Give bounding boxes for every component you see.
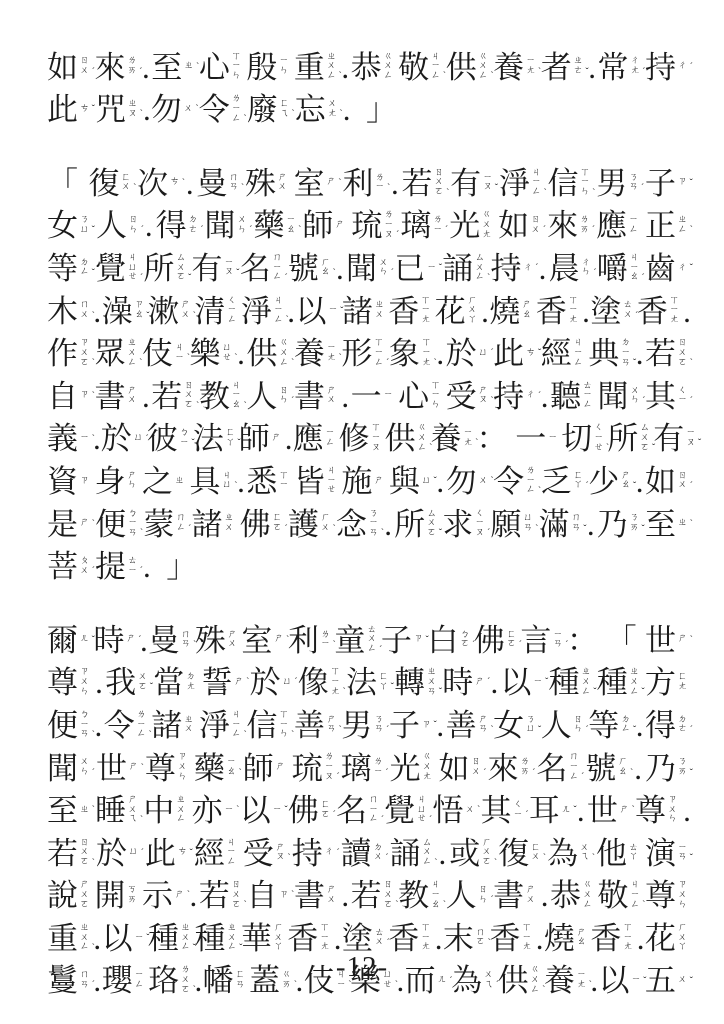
- punctuation: .: [336, 253, 344, 284]
- zhuyin-tone-mark: ˋ: [339, 72, 342, 82]
- hanzi-character: 說: [47, 880, 78, 911]
- char-unit: 心ㄒㄧㄣ: [199, 52, 245, 83]
- zhuyin-annotation: ㄕˋ: [79, 519, 93, 529]
- text-line: 若ㄖㄨㄛˋ於ㄩˊ此ㄘˇ經ㄐㄧㄥ受ㄕㄡˋ持ㄔˊ讀ㄉㄨˊ誦ㄙㄨㄥˋ.或ㄏㄨㄛˋ復ㄈㄨ…: [47, 826, 691, 869]
- zhuyin-tone-mark: ˇ: [690, 179, 693, 189]
- zhuyin-tone-mark: ˇ: [439, 529, 442, 539]
- punctuation: .: [490, 667, 498, 698]
- char-unit: 佛ㄈㄛˊ: [474, 625, 520, 656]
- hanzi-character: 齒: [645, 253, 676, 284]
- zhuyin-tone-mark: ˊ: [385, 854, 388, 864]
- text-line: 木ㄇㄨˋ.澡ㄗㄠˇ漱ㄕㄨˋ清ㄑㄧㄥ淨ㄐㄧㄥˋ.以ㄧˇ諸ㄓㄨ香ㄒㄧㄤ花ㄏㄨㄚ.燒ㄕ…: [47, 284, 691, 327]
- char-unit: 切ㄑㄧㄝˋ: [561, 423, 607, 454]
- zhuyin-annotation: ㄏㄠˋ: [320, 259, 334, 278]
- hanzi-character: 蒙: [143, 509, 174, 540]
- hanzi-character: 若: [47, 838, 78, 869]
- char-unit: 象ㄒㄧㄤˋ: [389, 338, 435, 369]
- hanzi-character: 以: [500, 667, 531, 698]
- char-unit: 璃ㄌㄧˊ: [341, 753, 387, 784]
- zhuyin-annotation: ㄅㄧㄢˋ: [127, 510, 141, 539]
- zhuyin-annotation: ㄖㄨㄛˋ: [183, 382, 197, 411]
- hanzi-character: 法: [346, 667, 377, 698]
- char-unit: 與ㄩˇ: [389, 466, 435, 497]
- char-unit: 者ㄓㄜˇ: [541, 52, 587, 83]
- hanzi-character: 如: [47, 52, 78, 83]
- hanzi-character: 香: [388, 923, 419, 954]
- hanzi-character: 木: [47, 296, 78, 327]
- zhuyin-annotation: ㄩˊ: [128, 848, 142, 858]
- char-unit: 彼ㄅㄧˇ: [147, 423, 193, 454]
- char-unit: 號ㄏㄠˋ: [585, 753, 631, 784]
- char-unit: 眾ㄓㄨㄥˋ: [95, 338, 141, 369]
- hanzi-character: 來: [487, 753, 518, 784]
- zhuyin-tone-mark: ˊ: [138, 636, 141, 646]
- zhuyin-tone-mark: ˋ: [291, 359, 294, 369]
- char-unit: 諸ㄓㄨ: [192, 509, 238, 540]
- hanzi-character: 資: [47, 466, 78, 497]
- zhuyin-annotation: ㄇㄧㄥˊ: [368, 796, 382, 825]
- char-unit: 持ㄔˊ: [490, 253, 536, 284]
- hanzi-character: 滿: [539, 509, 570, 540]
- hanzi-character: 諸: [151, 710, 182, 741]
- zhuyin-annotation: ㄉㄤ: [185, 673, 199, 692]
- zhuyin-tone-mark: ˊ: [690, 726, 693, 736]
- hanzi-character: 若: [351, 880, 382, 911]
- hanzi-character: 少: [588, 466, 619, 497]
- char-unit: 勿ㄨˋ: [151, 94, 197, 125]
- zhuyin-tone-mark: ˇ: [92, 636, 95, 646]
- footer: -12-: [0, 951, 724, 984]
- hanzi-character: 示: [142, 880, 173, 911]
- char-unit: 令ㄌㄧㄥˋ: [199, 94, 245, 125]
- char-unit: 名ㄇㄧㄥˊ: [240, 253, 286, 284]
- char-unit: 供ㄍㄨㄥˋ: [246, 338, 292, 369]
- hanzi-character: 琉: [351, 210, 382, 241]
- zhuyin-annotation: ㄐㄧㄥ: [573, 339, 587, 368]
- hanzi-character: 淨: [241, 296, 272, 327]
- zhuyin-tone-mark: ˊ: [333, 811, 336, 821]
- char-unit: 來ㄌㄞˊ: [547, 210, 593, 241]
- text-line: 爾ㄦˇ時ㄕˊ.曼ㄇㄢˋ殊ㄕㄨ室ㄕˋ利ㄌㄧˋ童ㄊㄨㄥˊ子ㄗˇ白ㄅㄛˊ佛ㄈㄛˊ言ㄧㄢ…: [47, 613, 691, 656]
- char-unit: 一ㄧ: [351, 381, 397, 412]
- zhuyin-annotation: ㄉㄥˇ: [620, 716, 634, 735]
- hanzi-character: 應: [293, 423, 324, 454]
- zhuyin-tone-mark: ˊ: [145, 435, 148, 445]
- punctuation: .: [95, 667, 103, 698]
- char-unit: 所ㄙㄨㄛˇ: [394, 509, 440, 540]
- char-unit: 修ㄒㄧㄡ: [339, 423, 385, 454]
- zhuyin-annotation: ㄓ: [174, 477, 188, 487]
- hanzi-character: 室: [294, 168, 325, 199]
- hanzi-character: 悉: [246, 466, 277, 497]
- char-unit: 尊ㄗㄨㄣ: [47, 667, 93, 698]
- hanzi-character: 殊: [245, 168, 276, 199]
- zhuyin-tone-mark: ˊ: [472, 641, 475, 651]
- hanzi-character: 心: [398, 381, 429, 412]
- hanzi-character: 其: [481, 795, 512, 826]
- char-unit: 以ㄧˇ: [102, 923, 148, 954]
- zhuyin-tone-mark: ˇ: [439, 688, 442, 698]
- char-unit: 菩ㄆㄨˊ: [47, 551, 93, 582]
- zhuyin-annotation: ㄐㄧㄠˊ: [629, 254, 643, 283]
- hanzi-character: 所: [143, 253, 174, 284]
- hanzi-character: 聽: [550, 381, 581, 412]
- hanzi-character: 光: [449, 210, 480, 241]
- zhuyin-annotation: ㄕˊ: [474, 678, 488, 688]
- zhuyin-annotation: ㄑㄧˊ: [677, 387, 691, 406]
- zhuyin-annotation: ㄉㄜˊ: [677, 716, 691, 735]
- char-unit: 皆ㄐㄧㄝ: [294, 466, 340, 497]
- zhuyin-annotation: ㄍㄨㄥ: [383, 53, 397, 82]
- zhuyin-annotation: ㄓㄨㄥˋ: [127, 339, 141, 368]
- punctuation: .: [142, 381, 150, 412]
- zhuyin-annotation: ㄕˋ: [128, 763, 142, 773]
- char-unit: 尊ㄗㄨㄣ: [645, 880, 691, 911]
- char-unit: 教ㄐㄧㄠˋ: [398, 880, 444, 911]
- zhuyin-tone-mark: ˋ: [195, 105, 198, 115]
- zhuyin-tone-mark: ˇ: [92, 269, 95, 279]
- hanzi-character: 彼: [147, 423, 178, 454]
- zhuyin-tone-mark: ˋ: [243, 115, 246, 125]
- text-line: 資ㄗ身ㄕㄣ之ㄓ具ㄐㄩˋ.悉ㄒㄧ皆ㄐㄧㄝ施ㄕ與ㄩˇ.勿ㄨˋ令ㄌㄧㄥˋ乏ㄈㄚˊ少ㄕㄠ…: [47, 454, 691, 497]
- hanzi-character: 來: [95, 52, 126, 83]
- zhuyin-annotation: ㄓㄥˋ: [677, 216, 691, 235]
- hanzi-character: 塗: [590, 296, 621, 327]
- text-line: 尊ㄗㄨㄣ.我ㄨㄛˇ當ㄉㄤ誓ㄕˋ於ㄩˊ像ㄒㄧㄤˋ法ㄈㄚˇ轉ㄓㄨㄢˇ時ㄕˊ.以ㄧˇ種…: [47, 656, 691, 699]
- char-unit: 女ㄋㄩˇ: [493, 710, 539, 741]
- page-number: -12-: [336, 951, 388, 983]
- zhuyin-tone-mark: ˋ: [490, 726, 493, 736]
- hanzi-character: 護: [288, 509, 319, 540]
- zhuyin-annotation: ㄇㄢˇ: [571, 514, 585, 533]
- zhuyin-annotation: ㄩˊ: [282, 678, 296, 688]
- hanzi-character: 便: [47, 710, 78, 741]
- char-unit: 等ㄉㄥˇ: [47, 253, 93, 284]
- char-unit: 若ㄖㄨㄛˋ: [199, 880, 245, 911]
- char-unit: 聞ㄨㄣˊ: [346, 253, 392, 284]
- zhuyin-tone-mark: ˇ: [439, 264, 442, 274]
- char-unit: 所ㄙㄨㄛˇ: [607, 423, 653, 454]
- zhuyin-annotation: ㄐㄧㄥˋ: [531, 169, 545, 198]
- hanzi-character: 一: [515, 423, 546, 454]
- hanzi-character: 應: [596, 210, 627, 241]
- zhuyin-tone-mark: ˇ: [545, 678, 548, 688]
- zhuyin-tone-mark: ˋ: [291, 891, 294, 901]
- zhuyin-tone-mark: ˊ: [336, 773, 339, 783]
- hanzi-character: 清: [194, 296, 225, 327]
- hanzi-character: 若: [645, 338, 676, 369]
- char-unit: 悉ㄒㄧ: [246, 466, 292, 497]
- zhuyin-tone-mark: ˊ: [385, 769, 388, 779]
- hanzi-character: 此: [47, 94, 78, 125]
- char-unit: 義ㄧˋ: [47, 423, 93, 454]
- char-unit: 人ㄖㄣˊ: [96, 210, 142, 241]
- zhuyin-annotation: ㄑㄧˊ: [513, 801, 527, 820]
- hanzi-character: 若: [151, 381, 182, 412]
- zhuyin-annotation: ㄔㄣˊ: [581, 259, 595, 278]
- zhuyin-annotation: ㄌㄧˊ: [432, 216, 446, 235]
- char-unit: 種ㄓㄨㄥˇ: [194, 923, 240, 954]
- zhuyin-tone-mark: ˋ: [140, 529, 143, 539]
- hanzi-character: 香: [388, 296, 419, 327]
- zhuyin-annotation: ㄍㄨㄥ: [582, 881, 596, 910]
- char-unit: 具ㄐㄩˋ: [190, 466, 236, 497]
- zhuyin-tone-mark: ˋ: [333, 269, 336, 279]
- zhuyin-annotation: ㄕㄠ: [521, 301, 535, 320]
- char-unit: 乏ㄈㄚˊ: [541, 466, 587, 497]
- hanzi-character: 璃: [400, 210, 431, 241]
- zhuyin-annotation: ㄧㄠˋ: [226, 758, 240, 777]
- zhuyin-annotation: ㄐㄧㄠˋ: [430, 881, 444, 910]
- hanzi-character: 與: [389, 466, 420, 497]
- hanzi-character: 教: [398, 880, 429, 911]
- punctuation: .: [186, 168, 194, 199]
- hanzi-character: 女: [47, 210, 78, 241]
- zhuyin-tone-mark: ˇ: [284, 806, 287, 816]
- hanzi-character: 受: [243, 838, 274, 869]
- hanzi-character: 尊: [635, 795, 666, 826]
- char-unit: 得ㄉㄜˊ: [156, 210, 202, 241]
- char-unit: 人ㄖㄣˊ: [541, 710, 587, 741]
- zhuyin-annotation: ㄒㄧㄣˋ: [278, 711, 292, 740]
- zhuyin-tone-mark: ˇ: [146, 934, 149, 944]
- char-unit: 室ㄕˋ: [241, 625, 287, 656]
- zhuyin-annotation: ㄩㄢˋ: [522, 514, 536, 533]
- zhuyin-tone-mark: ˊ: [585, 726, 588, 736]
- char-unit: 書ㄕㄨ: [493, 880, 539, 911]
- zhuyin-tone-mark: ˋ: [246, 678, 249, 688]
- zhuyin-annotation: ㄈㄨˋ: [120, 174, 134, 193]
- zhuyin-tone-mark: ˋ: [342, 688, 345, 698]
- char-unit: 持ㄔˊ: [292, 838, 338, 869]
- zhuyin-annotation: ㄧˇ: [532, 678, 546, 688]
- zhuyin-tone-mark: ˋ: [490, 72, 493, 82]
- char-unit: 香ㄒㄧㄤ: [388, 923, 434, 954]
- zhuyin-annotation: ㄧㄣ: [278, 57, 292, 76]
- char-unit: 復ㄈㄨˋ: [88, 168, 134, 199]
- text-line: 女ㄋㄩˇ人ㄖㄣˊ.得ㄉㄜˊ聞ㄨㄣˊ藥ㄧㄠˋ師ㄕ琉ㄌㄧㄡˊ璃ㄌㄧˊ光ㄍㄨㄤ如ㄖㄨˊ…: [47, 199, 691, 242]
- char-unit: 以ㄧˇ: [500, 667, 546, 698]
- hanzi-character: 香: [489, 923, 520, 954]
- char-unit: 所ㄙㄨㄛˇ: [143, 253, 189, 284]
- zhuyin-annotation: ㄗˇ: [413, 635, 427, 645]
- hanzi-character: 華: [241, 923, 272, 954]
- hanzi-character: 佛: [240, 509, 271, 540]
- hanzi-character: 信: [548, 168, 579, 199]
- zhuyin-annotation: ㄌㄧㄥˋ: [136, 711, 150, 740]
- char-unit: 念ㄋㄧㄢˋ: [336, 509, 382, 540]
- zhuyin-annotation: ㄈㄨˋ: [530, 844, 544, 863]
- hanzi-character: 子: [381, 625, 412, 656]
- hanzi-character: 養: [294, 338, 325, 369]
- zhuyin-tone-mark: ˊ: [483, 769, 486, 779]
- zhuyin-tone-mark: ˊ: [490, 349, 493, 359]
- zhuyin-annotation: ㄔㄤˊ: [629, 57, 643, 76]
- zhuyin-tone-mark: ˋ: [443, 72, 446, 82]
- char-unit: 正ㄓㄥˋ: [645, 210, 691, 241]
- hanzi-character: 師: [302, 210, 333, 241]
- char-unit: 璃ㄌㄧˊ: [400, 210, 446, 241]
- zhuyin-annotation: ㄦˇ: [561, 806, 575, 816]
- zhuyin-annotation: ㄈㄛˊ: [272, 514, 286, 533]
- hanzi-character: 師: [243, 753, 274, 784]
- zhuyin-annotation: ㄨㄣˊ: [378, 259, 392, 278]
- char-unit: 蒙ㄇㄥˊ: [143, 509, 189, 540]
- hanzi-character: 廢: [247, 94, 278, 125]
- hanzi-character: 言: [520, 625, 551, 656]
- char-unit: 此ㄘˇ: [47, 94, 93, 125]
- char-unit: 有ㄧㄡˇ: [192, 253, 238, 284]
- zhuyin-tone-mark: ˋ: [187, 354, 190, 364]
- zhuyin-tone-mark: ˊ: [140, 567, 143, 577]
- zhuyin-annotation: ㄩˊ: [478, 349, 492, 359]
- zhuyin-annotation: ㄕㄨ: [277, 174, 291, 193]
- zhuyin-tone-mark: ˋ: [133, 184, 136, 194]
- zhuyin-tone-mark: ˇ: [538, 726, 541, 736]
- zhuyin-tone-mark: ˊ: [294, 678, 297, 688]
- zhuyin-tone-mark: ˇ: [236, 269, 239, 279]
- char-unit: 殊ㄕㄨ: [195, 625, 241, 656]
- hanzi-character: 人: [541, 710, 572, 741]
- zhuyin-annotation: ㄋㄢˊ: [373, 716, 387, 735]
- hanzi-character: 子: [645, 168, 676, 199]
- zhuyin-tone-mark: ˋ: [333, 525, 336, 535]
- zhuyin-tone-mark: ˋ: [298, 226, 301, 236]
- hanzi-character: 藥: [253, 210, 284, 241]
- paragraph: 如ㄖㄨˊ來ㄌㄞˊ.至ㄓˋ心ㄒㄧㄣ殷ㄧㄣ重ㄓㄨㄥˋ.恭ㄍㄨㄥ敬ㄐㄧㄥˋ供ㄍㄨㄥˋ養…: [47, 40, 691, 125]
- hanzi-character: 至: [47, 795, 78, 826]
- punctuation: .: [145, 210, 153, 241]
- zhuyin-tone-mark: ˊ: [525, 811, 528, 821]
- hanzi-character: 覺: [95, 253, 126, 284]
- zhuyin-tone-mark: ˊ: [391, 269, 394, 279]
- zhuyin-annotation: ㄖㄣˊ: [278, 387, 292, 406]
- hanzi-character: 世: [645, 625, 676, 656]
- zhuyin-tone-mark: ˇ: [434, 477, 437, 487]
- punctuation: .: [341, 381, 349, 412]
- char-unit: 至ㄓˋ: [151, 52, 197, 83]
- char-unit: 名ㄇㄧㄥˊ: [336, 795, 382, 826]
- char-unit: 童ㄊㄨㄥˊ: [334, 625, 380, 656]
- char-unit: 聽ㄊㄧㄥ: [550, 381, 596, 412]
- hanzi-character: 復: [498, 838, 529, 869]
- zhuyin-annotation: ㄒㄧㄡ: [371, 424, 385, 453]
- hanzi-character: 其: [645, 381, 676, 412]
- char-unit: 香ㄒㄧㄤ: [489, 923, 535, 954]
- zhuyin-annotation: ㄘˇ: [177, 848, 191, 858]
- punctuation: .: [341, 880, 349, 911]
- hanzi-character: 來: [547, 210, 578, 241]
- punctuation: .: [636, 466, 644, 497]
- zhuyin-annotation: ㄕ: [275, 763, 289, 773]
- hanzi-character: 供: [446, 52, 477, 83]
- hanzi-character: 供: [246, 338, 277, 369]
- char-unit: 世ㄕˋ: [96, 753, 142, 784]
- zhuyin-annotation: ㄨㄤˋ: [327, 100, 341, 119]
- zhuyin-annotation: ㄨㄛˇ: [137, 673, 151, 692]
- zhuyin-tone-mark: ˋ: [538, 68, 541, 78]
- text-block: 如ㄖㄨˊ來ㄌㄞˊ.至ㄓˋ心ㄒㄧㄣ殷ㄧㄣ重ㄓㄨㄥˋ.恭ㄍㄨㄥ敬ㄐㄧㄥˋ供ㄍㄨㄥˋ養…: [47, 40, 691, 996]
- zhuyin-tone-mark: ˇ: [146, 312, 149, 322]
- zhuyin-annotation: ㄌㄞˊ: [127, 57, 141, 76]
- zhuyin-annotation: ㄧˇ: [426, 264, 440, 274]
- char-unit: 忘ㄨㄤˋ: [295, 94, 341, 125]
- hanzi-character: 童: [334, 625, 365, 656]
- char-unit: 演ㄧㄢˇ: [645, 838, 691, 869]
- zhuyin-annotation: ㄍㄨㄤ: [481, 211, 495, 240]
- zhuyin-annotation: ㄌㄞˊ: [519, 758, 533, 777]
- hanzi-character: 諸: [192, 509, 223, 540]
- hanzi-character: 供: [385, 423, 416, 454]
- punctuation: . 」: [343, 94, 397, 125]
- hanzi-character: 願: [490, 509, 521, 540]
- zhuyin-tone-mark: ˋ: [543, 854, 546, 864]
- text-line: 聞ㄨㄣˊ世ㄕˋ尊ㄗㄨㄣ藥ㄧㄠˋ師ㄕ琉ㄌㄧㄡˊ璃ㄌㄧˊ光ㄍㄨㄤ如ㄖㄨˊ來ㄌㄞˊ名ㄇ…: [47, 741, 691, 784]
- zhuyin-annotation: ㄕㄨ: [227, 631, 241, 650]
- hanzi-character: 一: [351, 381, 382, 412]
- zhuyin-tone-mark: ˋ: [193, 641, 196, 651]
- char-unit: 光ㄍㄨㄤ: [449, 210, 495, 241]
- char-unit: 信ㄒㄧㄣˋ: [246, 710, 292, 741]
- char-unit: 世ㄕˋ: [587, 795, 633, 826]
- char-unit: 已ㄧˇ: [394, 253, 440, 284]
- hanzi-character: 得: [645, 710, 676, 741]
- zhuyin-tone-mark: ˊ: [386, 726, 389, 736]
- char-unit: 善ㄕㄢˋ: [446, 710, 492, 741]
- zhuyin-annotation: ㄒㄧㄤ: [420, 297, 434, 326]
- hanzi-character: 光: [390, 753, 421, 784]
- char-unit: 子ㄗˇ: [645, 168, 691, 199]
- zhuyin-annotation: ㄒㄧㄤ: [319, 924, 333, 953]
- zhuyin-tone-mark: ˋ: [395, 901, 398, 911]
- zhuyin-annotation: ㄨㄟˋ: [579, 844, 593, 863]
- zhuyin-annotation: ㄌㄧㄡˊ: [383, 211, 397, 240]
- char-unit: 以ㄧˇ: [295, 296, 341, 327]
- char-unit: 若ㄖㄨㄛˋ: [351, 880, 397, 911]
- char-unit: 供ㄍㄨㄥˋ: [446, 52, 492, 83]
- zhuyin-tone-mark: ˋ: [630, 769, 633, 779]
- char-unit: 敬ㄐㄧㄥˋ: [597, 880, 643, 911]
- zhuyin-tone-mark: ˊ: [291, 397, 294, 407]
- char-unit: 乃ㄋㄞˇ: [645, 753, 691, 784]
- zhuyin-annotation: ㄊㄧˊ: [127, 557, 141, 576]
- hanzi-character: 如: [439, 753, 470, 784]
- zhuyin-tone-mark: ˋ: [494, 859, 497, 869]
- hanzi-character: 書: [294, 880, 325, 911]
- hanzi-character: 琉: [292, 753, 323, 784]
- zhuyin-annotation: ㄓㄨㄥˋ: [326, 53, 340, 82]
- hanzi-character: 書: [95, 381, 126, 412]
- zhuyin-tone-mark: ˋ: [187, 891, 190, 901]
- char-unit: 華ㄏㄨㄚ: [241, 923, 287, 954]
- zhuyin-tone-mark: ˋ: [193, 312, 196, 322]
- zhuyin-annotation: ㄓㄨㄢˇ: [426, 668, 440, 697]
- char-unit: 殊ㄕㄨ: [245, 168, 291, 199]
- hanzi-character: 於: [96, 838, 127, 869]
- hanzi-character: 經: [194, 838, 225, 869]
- zhuyin-annotation: ㄩˊ: [133, 434, 147, 444]
- zhuyin-annotation: ㄧ: [547, 434, 561, 444]
- punctuation: .: [636, 710, 644, 741]
- zhuyin-tone-mark: ˊ: [585, 482, 588, 492]
- zhuyin-annotation: ㄗ: [79, 477, 93, 487]
- char-unit: 藥ㄧㄠˋ: [194, 753, 240, 784]
- zhuyin-tone-mark: ˇ: [191, 439, 194, 449]
- text-line: 重ㄓㄨㄥˋ.以ㄧˇ種ㄓㄨㄥˇ種ㄓㄨㄥˇ華ㄏㄨㄚ香ㄒㄧㄤ.塗ㄊㄨˊ香ㄒㄧㄤ.末ㄇㄛ…: [47, 911, 691, 954]
- hanzi-character: 璃: [341, 753, 372, 784]
- zhuyin-annotation: ㄊㄨㄥˊ: [366, 626, 380, 655]
- char-unit: 室ㄕˋ: [294, 168, 340, 199]
